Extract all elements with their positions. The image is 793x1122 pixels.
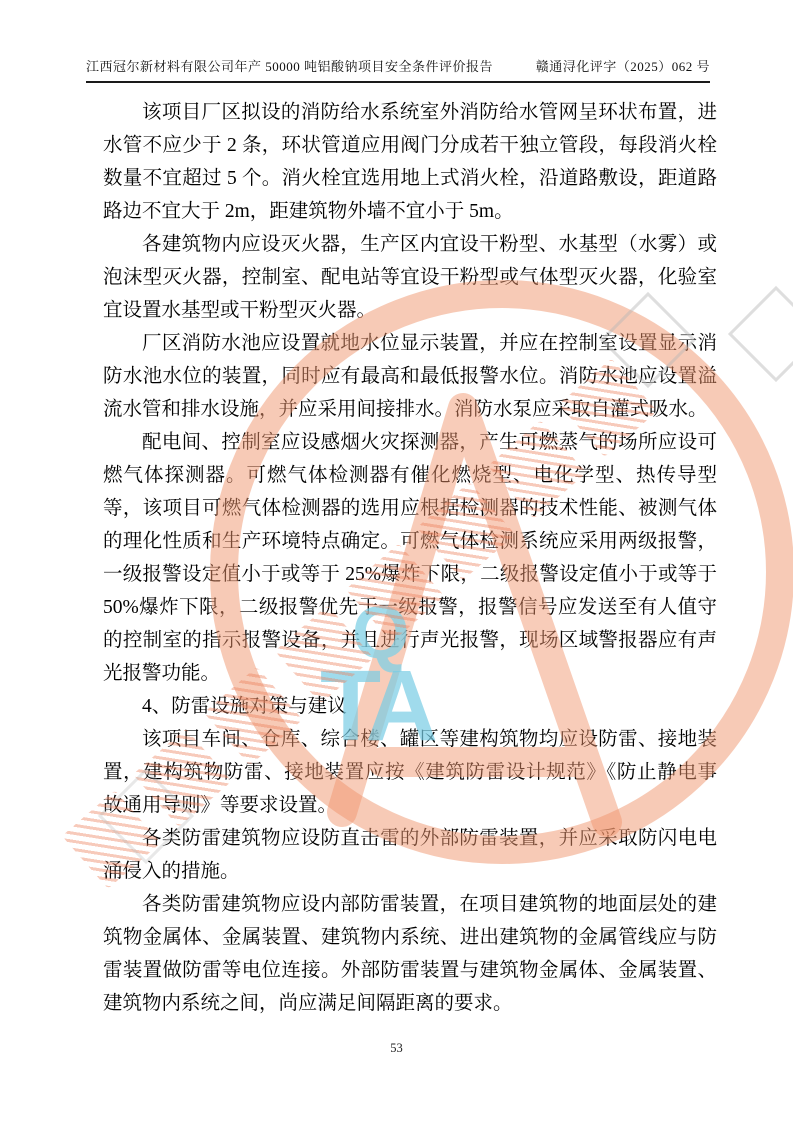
section-heading-lightning: 4、防雷设施对策与建议	[103, 690, 717, 723]
paragraph-fire-water-network: 该项目厂区拟设的消防给水系统室外消防给水管网呈环状布置，进水管不应少于 2 条，…	[103, 96, 717, 228]
paragraph-extinguishers: 各建筑物内应设灭火器，生产区内宜设干粉型、水基型（水雾）或泡沫型灭火器，控制室、…	[103, 228, 717, 327]
watermark-outline-glyph	[728, 286, 793, 382]
document-body: 该项目厂区拟设的消防给水系统室外消防给水管网呈环状布置，进水管不应少于 2 条，…	[103, 96, 717, 1020]
paragraph-internal-lightning: 各类防雷建筑物应设内部防雷装置，在项目建筑物的地面层处的建筑物金属体、金属装置、…	[103, 888, 717, 1020]
header-report-title: 江西冠尔新材料有限公司年产 50000 吨铝酸钠项目安全条件评价报告	[86, 56, 493, 75]
paragraph-fire-pool: 厂区消防水池应设置就地水位显示装置，并应在控制室设置显示消防水池水位的装置，同时…	[103, 327, 717, 426]
paragraph-gas-detectors: 配电间、控制室应设感烟火灾探测器，产生可燃蒸气的场所应设可燃气体探测器。可燃气体…	[103, 426, 717, 690]
paragraph-lightning-grounding: 该项目车间、仓库、综合楼、罐区等建构筑物均应设防雷、接地装置，建构筑物防雷、接地…	[103, 723, 717, 822]
page-header: 江西冠尔新材料有限公司年产 50000 吨铝酸钠项目安全条件评价报告 赣通浔化评…	[86, 56, 710, 83]
header-document-number: 赣通浔化评字（2025）062 号	[536, 56, 710, 75]
paragraph-external-lightning: 各类防雷建筑物应设防直击雷的外部防雷装置，并应采取防闪电电涌侵入的措施。	[103, 822, 717, 888]
document-page: 江西冠尔新材料有限公司年产 50000 吨铝酸钠项目安全条件评价报告 赣通浔化评…	[0, 0, 793, 1122]
page-number: 53	[0, 1041, 793, 1056]
